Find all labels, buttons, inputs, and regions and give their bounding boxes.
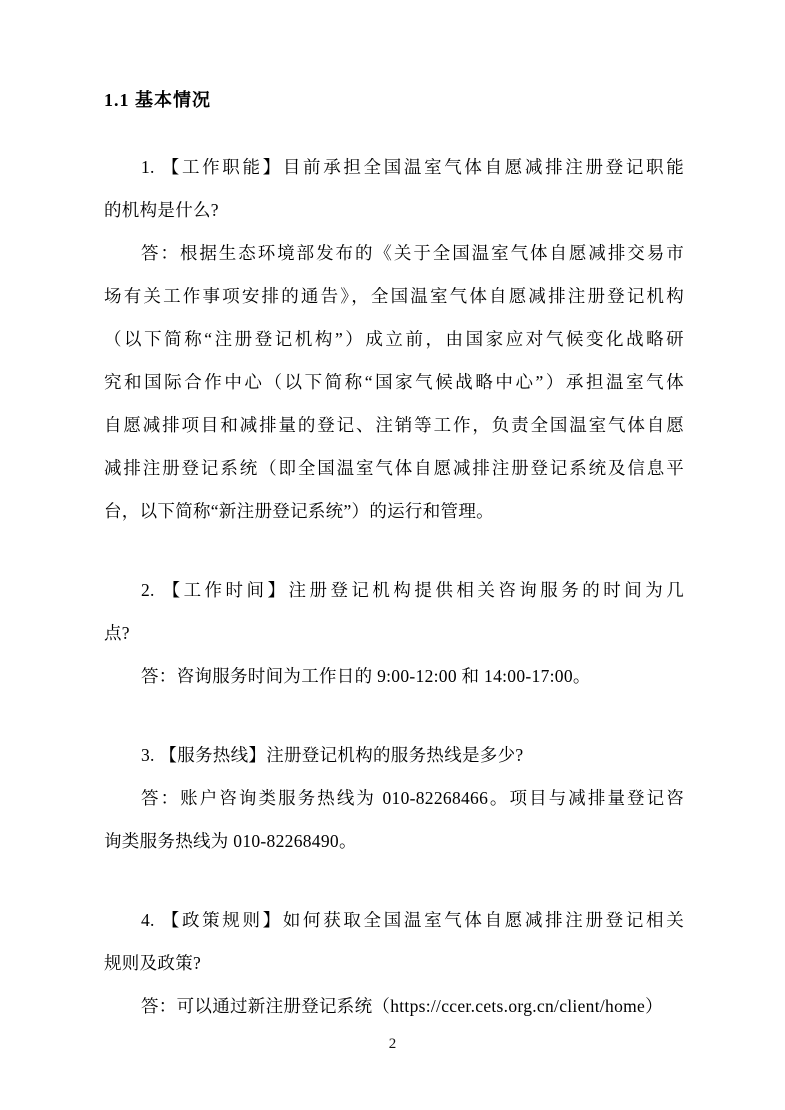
answer-line: 答：根据生态环境部发布的《关于全国温室气体自愿减排交易市	[104, 232, 684, 275]
question-paragraph: 2. 【工作时间】注册登记机构提供相关咨询服务的时间为几点?	[104, 569, 684, 655]
question-paragraph: 3. 【服务热线】注册登记机构的服务热线是多少?	[104, 734, 684, 777]
document-page: 1.1 基本情况 1. 【工作职能】目前承担全国温室气体自愿减排注册登记职能的机…	[0, 0, 785, 1110]
question-line: 规则及政策?	[104, 942, 684, 985]
qa-section: 4. 【政策规则】如何获取全国温室气体自愿减排注册登记相关规则及政策?答：可以通…	[104, 899, 684, 1028]
answer-line: 场有关工作事项安排的通告》，全国温室气体自愿减排注册登记机构	[104, 275, 684, 318]
answer-line: 答：可以通过新注册登记系统（https://ccer.cets.org.cn/c…	[104, 985, 684, 1028]
answer-line: （以下简称“注册登记机构”）成立前，由国家应对气候变化战略研	[104, 318, 684, 361]
answer-paragraph: 答：根据生态环境部发布的《关于全国温室气体自愿减排交易市场有关工作事项安排的通告…	[104, 232, 684, 533]
qa-section: 3. 【服务热线】注册登记机构的服务热线是多少?答：账户咨询类服务热线为 010…	[104, 734, 684, 863]
question-line: 2. 【工作时间】注册登记机构提供相关咨询服务的时间为几	[104, 569, 684, 612]
question-paragraph: 4. 【政策规则】如何获取全国温室气体自愿减排注册登记相关规则及政策?	[104, 899, 684, 985]
answer-line: 自愿减排项目和减排量的登记、注销等工作，负责全国温室气体自愿	[104, 404, 684, 447]
page-number: 2	[389, 1036, 397, 1052]
page-footer: 2	[0, 1034, 785, 1054]
question-line: 1. 【工作职能】目前承担全国温室气体自愿减排注册登记职能	[104, 146, 684, 189]
answer-paragraph: 答：可以通过新注册登记系统（https://ccer.cets.org.cn/c…	[104, 985, 684, 1028]
qa-section: 2. 【工作时间】注册登记机构提供相关咨询服务的时间为几点?答：咨询服务时间为工…	[104, 569, 684, 698]
question-line: 3. 【服务热线】注册登记机构的服务热线是多少?	[104, 734, 684, 777]
answer-line: 究和国际合作中心（以下简称“国家气候战略中心”）承担温室气体	[104, 361, 684, 404]
qa-section: 1. 【工作职能】目前承担全国温室气体自愿减排注册登记职能的机构是什么?答：根据…	[104, 146, 684, 533]
answer-paragraph: 答：账户咨询类服务热线为 010-82268466。项目与减排量登记咨询类服务热…	[104, 777, 684, 863]
question-line: 的机构是什么?	[104, 189, 684, 232]
question-paragraph: 1. 【工作职能】目前承担全国温室气体自愿减排注册登记职能的机构是什么?	[104, 146, 684, 232]
qa-sections: 1. 【工作职能】目前承担全国温室气体自愿减排注册登记职能的机构是什么?答：根据…	[104, 146, 684, 1028]
question-line: 点?	[104, 612, 684, 655]
question-line: 4. 【政策规则】如何获取全国温室气体自愿减排注册登记相关	[104, 899, 684, 942]
section-heading: 1.1 基本情况	[104, 88, 684, 112]
page-content: 1.1 基本情况 1. 【工作职能】目前承担全国温室气体自愿减排注册登记职能的机…	[104, 88, 684, 1028]
answer-line: 询类服务热线为 010-82268490。	[104, 820, 684, 863]
answer-paragraph: 答：咨询服务时间为工作日的 9:00-12:00 和 14:00-17:00。	[104, 655, 684, 698]
answer-line: 减排注册登记系统（即全国温室气体自愿减排注册登记系统及信息平	[104, 447, 684, 490]
answer-line: 台，以下简称“新注册登记系统”）的运行和管理。	[104, 490, 684, 533]
answer-line: 答：账户咨询类服务热线为 010-82268466。项目与减排量登记咨	[104, 777, 684, 820]
answer-line: 答：咨询服务时间为工作日的 9:00-12:00 和 14:00-17:00。	[104, 655, 684, 698]
